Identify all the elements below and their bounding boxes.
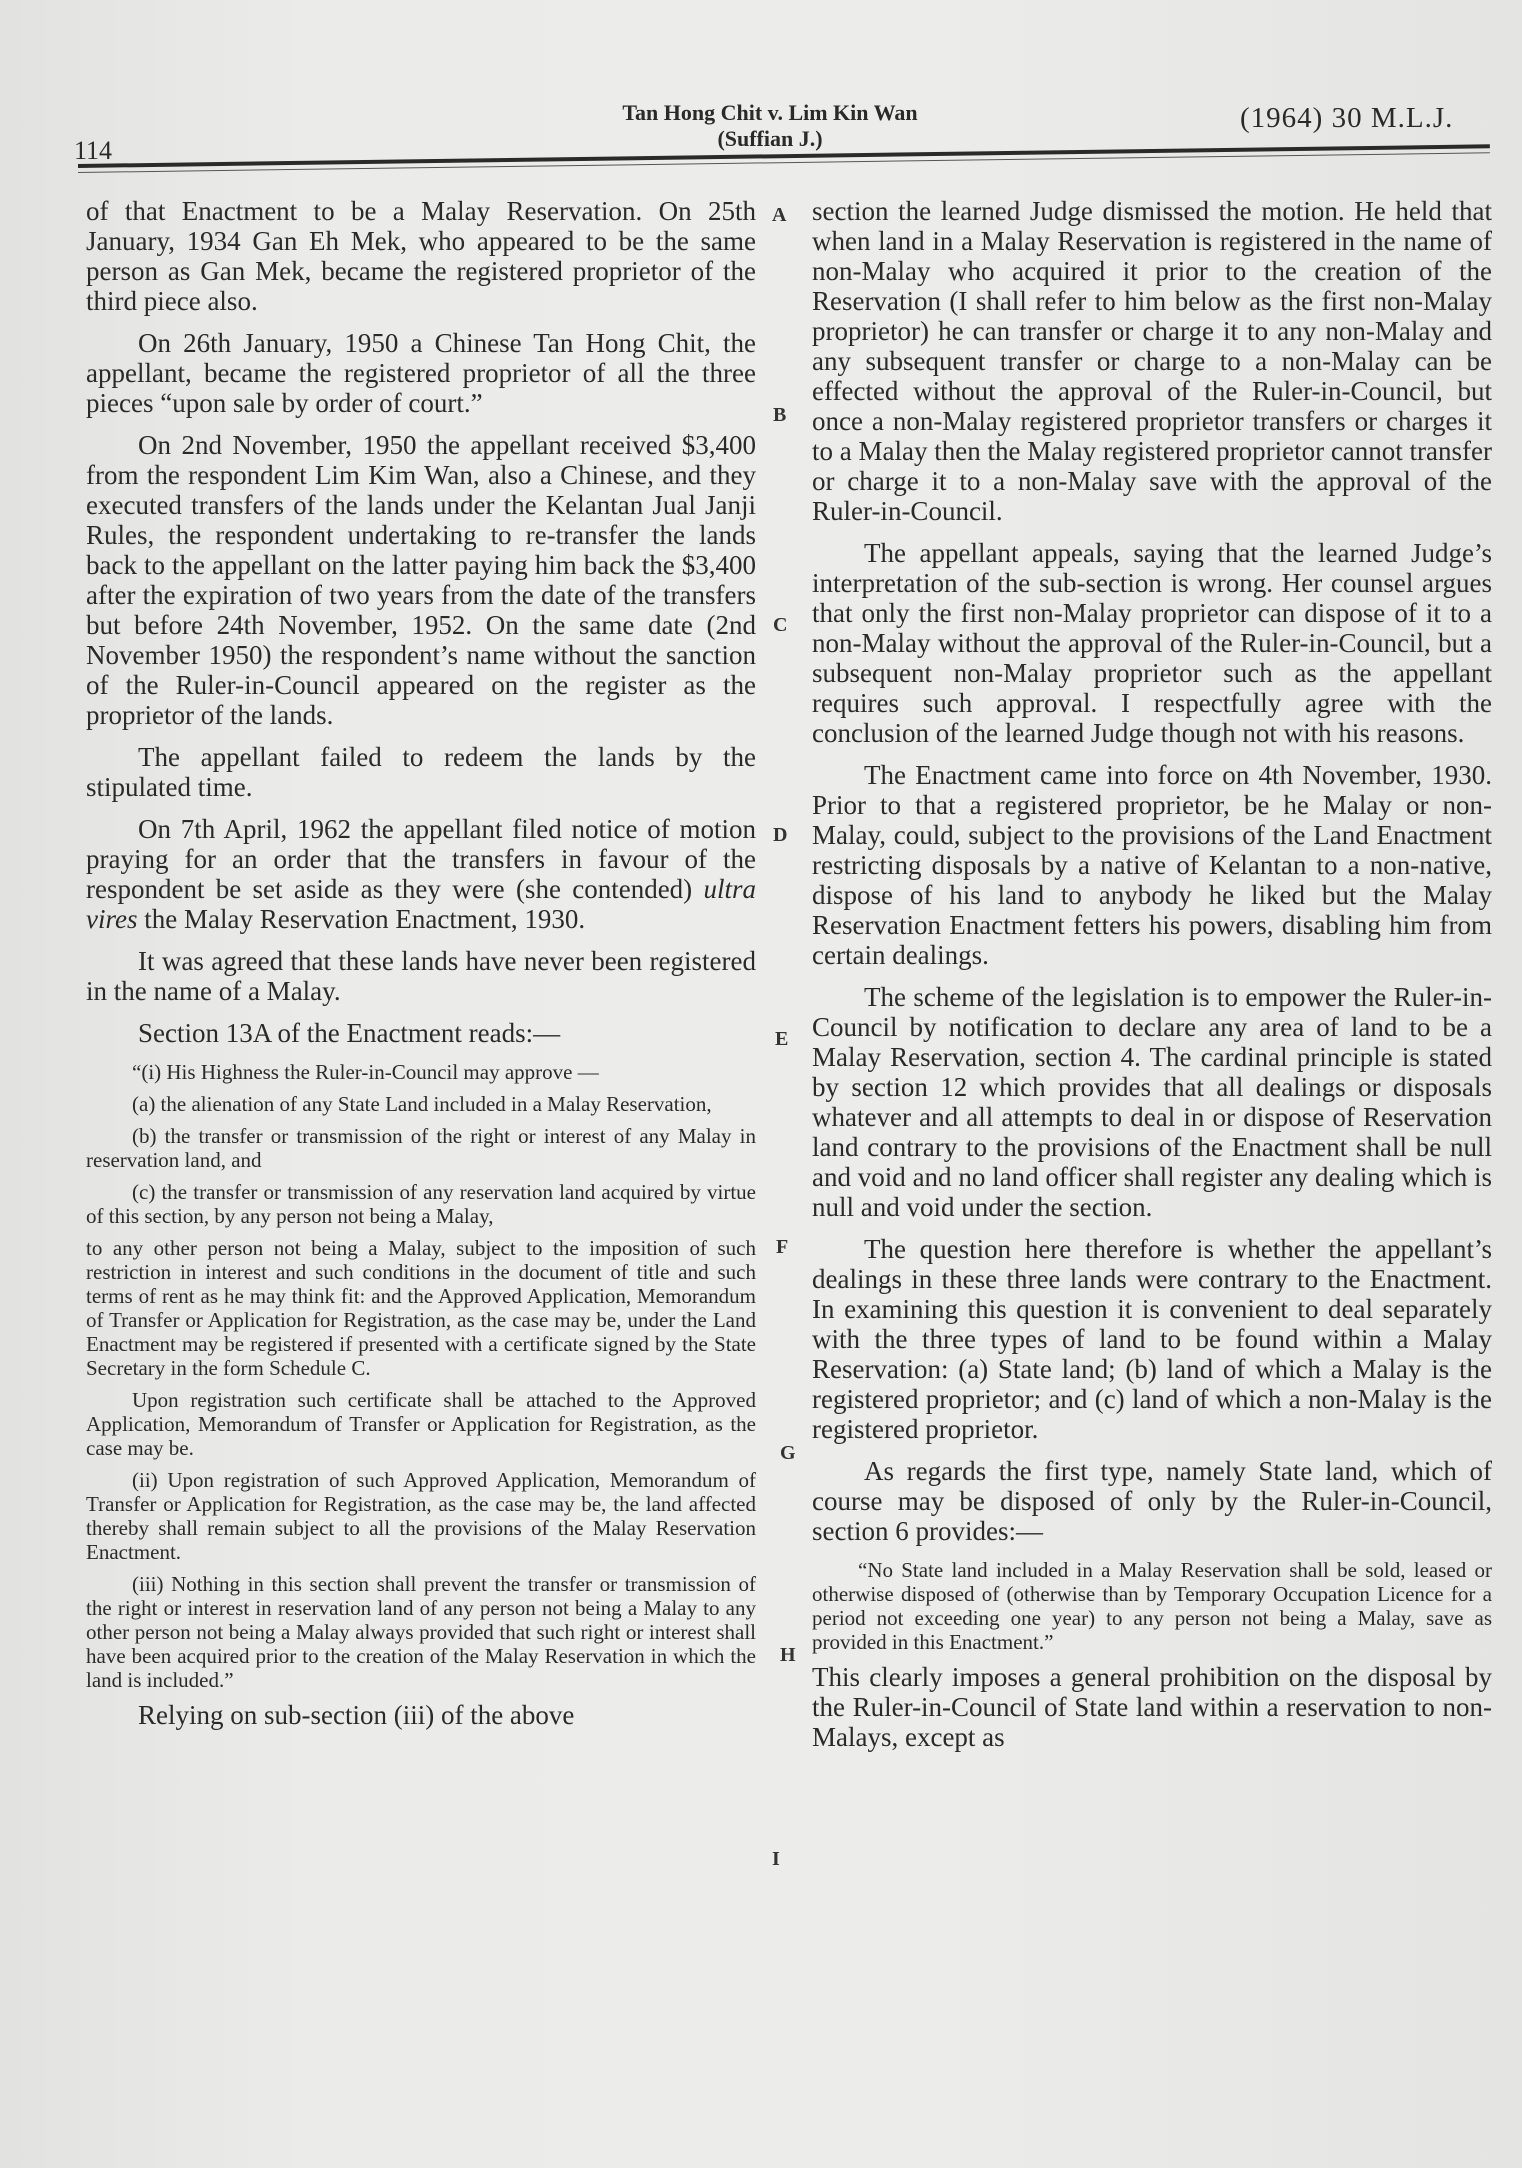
paragraph: The question here therefore is whether t…	[812, 1234, 1492, 1444]
paragraph: section the learned Judge dismissed the …	[812, 196, 1492, 526]
quoted-statute: to any other person not being a Malay, s…	[86, 1236, 756, 1380]
paragraph: The appellant failed to redeem the lands…	[86, 742, 756, 802]
quoted-statute: (b) the transfer or transmission of the …	[86, 1124, 756, 1172]
right-column: section the learned Judge dismissed the …	[812, 196, 1492, 1764]
quoted-statute: Upon registration such certificate shall…	[86, 1388, 756, 1460]
paragraph: The Enactment came into force on 4th Nov…	[812, 760, 1492, 970]
margin-letter-g: G	[780, 1442, 796, 1465]
paragraph: On 7th April, 1962 the appellant filed n…	[86, 814, 756, 934]
document-page: 114 Tan Hong Chit v. Lim Kin Wan (Suffia…	[0, 0, 1522, 2168]
paragraph: On 26th January, 1950 a Chinese Tan Hong…	[86, 328, 756, 418]
paragraph: On 2nd November, 1950 the appellant rece…	[86, 430, 756, 730]
quoted-statute: (ii) Upon registration of such Approved …	[86, 1468, 756, 1564]
margin-letter-f: F	[776, 1236, 788, 1259]
quoted-statute: (iii) Nothing in this section shall prev…	[86, 1572, 756, 1692]
margin-letter-a: A	[772, 204, 786, 227]
margin-letter-e: E	[775, 1028, 788, 1051]
paragraph: It was agreed that these lands have neve…	[86, 946, 756, 1006]
quoted-statute: “(i) His Highness the Ruler-in-Council m…	[86, 1060, 756, 1084]
margin-letter-d: D	[773, 824, 787, 847]
margin-letter-b: B	[773, 404, 786, 427]
margin-letter-c: C	[773, 614, 787, 637]
margin-letter-i: I	[772, 1848, 780, 1871]
margin-letter-h: H	[780, 1644, 796, 1667]
paragraph: Relying on sub-section (iii) of the abov…	[86, 1700, 756, 1730]
left-column: of that Enactment to be a Malay Reservat…	[86, 196, 756, 1742]
judge-name: (Suffian J.)	[560, 126, 980, 152]
paragraph: Section 13A of the Enactment reads:—	[86, 1018, 756, 1048]
quoted-statute: “No State land included in a Malay Reser…	[812, 1558, 1492, 1654]
citation: (1964) 30 M.L.J.	[1240, 102, 1453, 135]
text-run: the Malay Reservation Enactment, 1930.	[137, 904, 585, 934]
paragraph: The scheme of the legislation is to empo…	[812, 982, 1492, 1222]
page-number: 114	[74, 136, 112, 166]
quoted-statute: (a) the alienation of any State Land inc…	[86, 1092, 756, 1116]
paragraph: As regards the first type, namely State …	[812, 1456, 1492, 1546]
case-title: Tan Hong Chit v. Lim Kin Wan	[560, 100, 980, 126]
paragraph: The appellant appeals, saying that the l…	[812, 538, 1492, 748]
paragraph: of that Enactment to be a Malay Reservat…	[86, 196, 756, 316]
text-run: On 7th April, 1962 the appellant filed n…	[86, 814, 756, 904]
quoted-statute: (c) the transfer or transmission of any …	[86, 1180, 756, 1228]
running-header: Tan Hong Chit v. Lim Kin Wan (Suffian J.…	[560, 100, 980, 152]
paragraph: This clearly imposes a general prohibiti…	[812, 1662, 1492, 1752]
